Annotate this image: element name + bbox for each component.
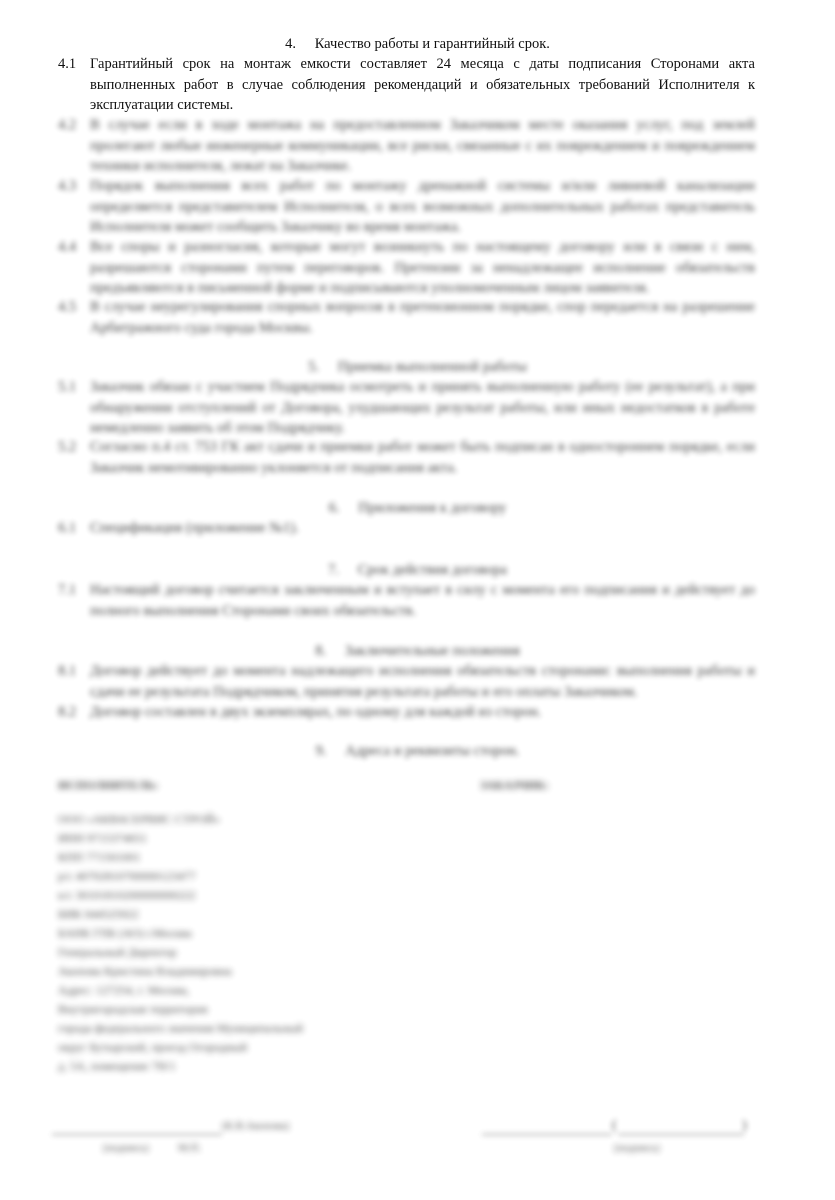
clause-text: Все споры и разногласия, которые могут в… <box>90 237 755 299</box>
section-8-heading: 8. Заключительные положения <box>0 641 835 661</box>
clause-number: 5.1 <box>58 377 88 398</box>
clause-number: 4.5 <box>58 297 88 318</box>
executor-details: ООО «АКВАСЕРВИС СТРОЙ» ИНН 9715374651 КП… <box>58 810 388 1076</box>
executor-stamp: М.П. <box>178 1142 201 1154</box>
clause-number: 5.2 <box>58 437 88 458</box>
clause-8-2: 8.2 Договор составлен в двух экземплярах… <box>58 702 755 723</box>
clause-text: Договор составлен в двух экземплярах, по… <box>90 702 755 723</box>
executor-line: Генеральный Директор <box>58 943 388 962</box>
section-number: 9. <box>316 741 342 761</box>
executor-line: ИНН 9715374651 <box>58 829 388 848</box>
section-6-heading: 6. Приложения к договору <box>0 498 835 518</box>
clause-4-4: 4.4 Все споры и разногласия, которые мог… <box>58 237 755 299</box>
section-9-heading: 9. Адреса и реквизиты сторон. <box>0 741 835 761</box>
executor-line: города федерального значения Муниципальн… <box>58 1019 388 1038</box>
section-number: 8. <box>315 641 341 661</box>
executor-line: БАНК ГПБ (АО) г.Москва <box>58 924 388 943</box>
executor-sign-name: (К.В.Акопова) <box>222 1120 289 1132</box>
clause-text: Спецификация (приложение №1). <box>90 518 755 539</box>
executor-line: к/с 30101810200000000222 <box>58 886 388 905</box>
clause-4-1: 4.1 Гарантийный срок на монтаж емкости с… <box>58 54 755 116</box>
clause-text: Настоящий договор считается заключенным … <box>90 580 755 621</box>
clause-text: Согласно п.4 ст. 753 ГК акт сдачи и прие… <box>90 437 755 478</box>
executor-line: БИК 044525922 <box>58 905 388 924</box>
section-title: Приемка выполненной работы <box>338 359 527 375</box>
section-number: 4. <box>285 34 311 54</box>
executor-signature-line <box>52 1134 222 1135</box>
clause-number: 4.4 <box>58 237 88 258</box>
clause-number: 6.1 <box>58 518 88 539</box>
clause-7-1: 7.1 Настоящий договор считается заключен… <box>58 580 755 621</box>
customer-label: ЗАКАЗЧИК: <box>480 776 549 795</box>
customer-name-line <box>618 1134 744 1135</box>
executor-line: р/с 40702810700000123477 <box>58 867 388 886</box>
clause-4-2: 4.2 В случае если в ходе монтажа на пред… <box>58 115 755 177</box>
executor-line: д. 5А, помещение 7Н/1 <box>58 1057 388 1076</box>
section-7-heading: 7. Срок действия договора <box>0 560 835 580</box>
clause-number: 7.1 <box>58 580 88 601</box>
executor-line: округ Бутырский, проезд Огородный <box>58 1038 388 1057</box>
clause-8-1: 8.1 Договор действует до момента надлежа… <box>58 661 755 702</box>
executor-line: Внутригородская территория <box>58 1000 388 1019</box>
customer-paren-close: ) <box>742 1118 747 1134</box>
clause-text: Договор действует до момента надлежащего… <box>90 661 755 702</box>
executor-line: КПП 771501001 <box>58 848 388 867</box>
clause-text: В случае если в ходе монтажа на предоста… <box>90 115 755 177</box>
section-title: Приложения к договору <box>358 500 506 516</box>
clause-number: 4.3 <box>58 176 88 197</box>
section-5-heading: 5. Приемка выполненной работы <box>0 357 835 377</box>
clause-5-2: 5.2 Согласно п.4 ст. 753 ГК акт сдачи и … <box>58 437 755 478</box>
clause-text: Заказчик обязан с участием Подрядчика ос… <box>90 377 755 439</box>
document-page: 4. Качество работы и гарантийный срок. 4… <box>0 0 835 1200</box>
section-title: Заключительные положения <box>345 643 520 659</box>
clause-text: Порядок выполнения всех работ по монтажу… <box>90 176 755 238</box>
executor-line: Адрес: 127254, г. Москва, <box>58 981 388 1000</box>
customer-sign-caption: (подпись) <box>614 1142 660 1154</box>
section-title: Адреса и реквизиты сторон. <box>345 743 519 759</box>
clause-number: 4.2 <box>58 115 88 136</box>
customer-paren-open: ( <box>612 1118 617 1134</box>
clause-text: Гарантийный срок на монтаж емкости соста… <box>90 54 755 116</box>
clause-number: 8.2 <box>58 702 88 723</box>
executor-line: Акопова Кристина Владимировна <box>58 962 388 981</box>
section-4-heading: 4. Качество работы и гарантийный срок. <box>0 34 835 54</box>
executor-label: ИСПОЛНИТЕЛЬ: <box>58 776 158 795</box>
executor-line: ООО «АКВАСЕРВИС СТРОЙ» <box>58 810 388 829</box>
clause-number: 4.1 <box>58 54 88 75</box>
executor-sign-caption: (подпись) <box>103 1142 149 1154</box>
clause-text: В случае неурегулирования спорных вопрос… <box>90 297 755 338</box>
section-title: Качество работы и гарантийный срок. <box>315 36 550 52</box>
section-number: 5. <box>308 357 334 377</box>
section-title: Срок действия договора <box>358 562 507 578</box>
clause-4-5: 4.5 В случае неурегулирования спорных во… <box>58 297 755 338</box>
section-number: 7. <box>328 560 354 580</box>
customer-signature-line <box>482 1134 612 1135</box>
section-number: 6. <box>329 498 355 518</box>
clause-4-3: 4.3 Порядок выполнения всех работ по мон… <box>58 176 755 238</box>
clause-5-1: 5.1 Заказчик обязан с участием Подрядчик… <box>58 377 755 439</box>
clause-number: 8.1 <box>58 661 88 682</box>
clause-6-1: 6.1 Спецификация (приложение №1). <box>58 518 755 539</box>
